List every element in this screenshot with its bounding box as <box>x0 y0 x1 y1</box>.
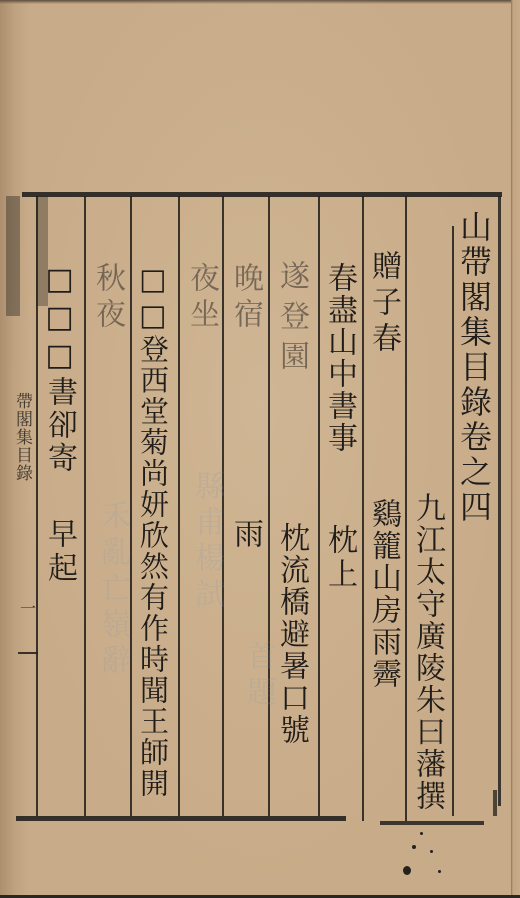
entry-8-bottom: 早起 <box>44 518 74 586</box>
document-page: 山帶閣集目錄卷之四 九江太守廣陵朱曰藩撰 贈子春 鷄籠山房雨霽 春盡山中書事 枕… <box>0 0 520 898</box>
frame-right-border <box>498 196 501 806</box>
show-through-text: 縣甫楊試 <box>184 470 228 614</box>
ink-speck <box>430 850 433 853</box>
entry-3-top: 遂登園 <box>276 260 306 380</box>
ink-speck <box>420 832 423 835</box>
entry-1-bottom: 鷄籠山房雨霽 <box>368 498 398 690</box>
show-through-text: 禾亂亡嶺辭 <box>90 500 134 680</box>
ink-smudge <box>36 196 48 306</box>
ink-speck <box>412 845 416 849</box>
ink-speck <box>403 866 411 875</box>
entry-6-top: □□登西堂菊尚妍欣然有作時聞王師開 <box>138 262 167 799</box>
author-line: 九江太守廣陵朱曰藩撰 <box>412 492 442 812</box>
column-rule <box>405 196 407 821</box>
column-rule <box>84 196 86 816</box>
ink-smudge <box>6 196 20 316</box>
entry-5-top: 夜坐 <box>186 262 216 334</box>
ink-speck <box>438 870 441 873</box>
frame-bottom-border-right <box>380 821 484 825</box>
adjacent-page-edge <box>511 0 520 898</box>
entry-2-top: 春盡山中書事 <box>324 262 354 454</box>
entry-8-top: □□□書卻寄 <box>44 262 74 475</box>
entry-1-top: 贈子春 <box>368 250 398 358</box>
frame-top-border <box>22 192 502 197</box>
spine-title: 帶閣集目錄 <box>10 392 35 482</box>
column-rule <box>362 196 364 821</box>
frame-bottom-border <box>16 816 346 821</box>
entry-3-bottom: 枕流橋避暑口號 <box>276 522 306 746</box>
entry-2-bottom: 枕上 <box>324 524 354 592</box>
column-rule <box>268 196 270 816</box>
volume-title: 山帶閣集目錄卷之四 <box>458 210 490 525</box>
entry-7-top: 秋夜 <box>92 262 122 334</box>
column-rule <box>318 196 320 816</box>
spine-rule <box>18 652 38 654</box>
column-rule <box>178 196 180 816</box>
column-rule <box>452 226 454 816</box>
spine-page-number: 一 <box>20 596 36 619</box>
ink-smudge <box>493 790 497 816</box>
entry-4-bottom: 雨 <box>230 518 260 552</box>
entry-4-top: 晚宿 <box>230 262 260 334</box>
show-through-text: 首題 <box>236 640 280 712</box>
